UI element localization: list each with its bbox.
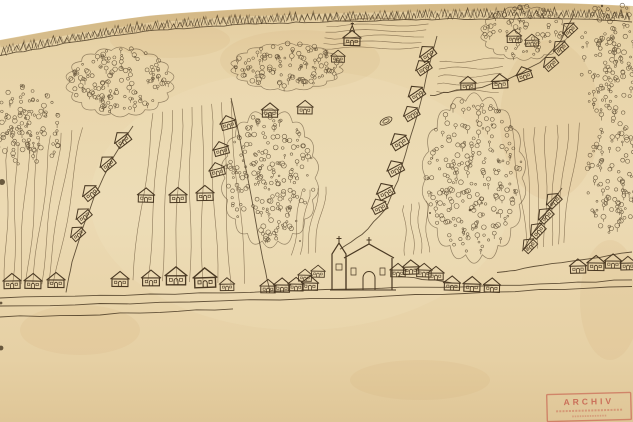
- stamp-title: ARCHIV: [563, 396, 614, 407]
- historical-map: ARCHIV: [0, 0, 633, 422]
- paper-stain: [350, 360, 490, 400]
- ink-blot: [469, 209, 472, 212]
- ink-blot: [524, 247, 526, 249]
- map-drawing: [0, 0, 633, 422]
- scan-background: ARCHIV: [0, 0, 633, 422]
- ink-blot: [299, 240, 301, 242]
- ink-blot: [429, 212, 431, 214]
- ink-blot: [601, 5, 603, 7]
- paper-stain: [500, 40, 600, 200]
